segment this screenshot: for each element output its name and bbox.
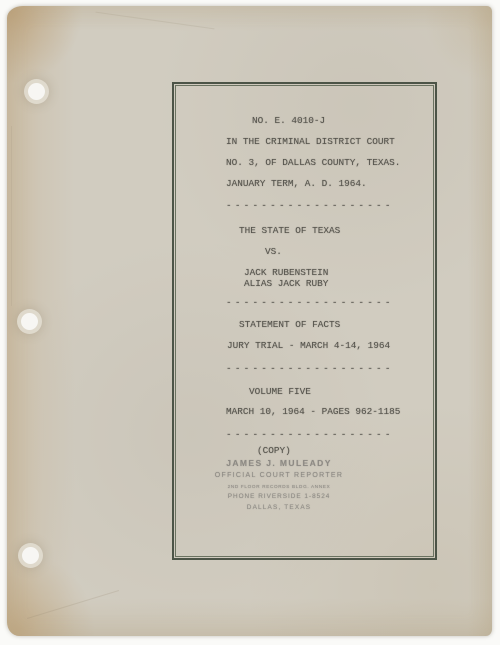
term-line: JANUARY TERM, A. D. 1964. (226, 178, 408, 189)
paper-crease (96, 12, 215, 30)
document-title: STATEMENT OF FACTS (226, 319, 421, 330)
title-page-rule-box: NO. E. 4010-J IN THE CRIMINAL DISTRICT C… (172, 82, 437, 560)
versus-label: VS. (226, 246, 447, 257)
punch-hole-bottom (22, 547, 39, 564)
dashed-divider: ------------------- (226, 200, 408, 211)
reporter-city: DALLAS, TEXAS (178, 504, 380, 511)
court-county-line: NO. 3, OF DALLAS COUNTY, TEXAS. (226, 157, 408, 168)
reporter-address: 2ND FLOOR RECORDS BLDG. ANNEX (178, 484, 380, 489)
copy-label: (COPY) (226, 445, 439, 456)
reporter-name: JAMES J. MULEADY (178, 458, 380, 468)
reporter-title: OFFICIAL COURT REPORTER (178, 472, 380, 479)
reporter-phone: PHONE RIVERSIDE 1-8524 (178, 493, 380, 500)
defendant-name: JACK RUBENSTEIN (226, 267, 426, 278)
court-reporter-stamp: JAMES J. MULEADY OFFICIAL COURT REPORTER… (178, 458, 380, 511)
court-name-line: IN THE CRIMINAL DISTRICT COURT (226, 136, 408, 147)
dashed-divider: ------------------- (226, 363, 408, 374)
scanned-paper-sheet: NO. E. 4010-J IN THE CRIMINAL DISTRICT C… (7, 6, 492, 636)
case-number: NO. E. 4010-J (226, 115, 434, 126)
defendant-alias: ALIAS JACK RUBY (226, 278, 426, 289)
punch-hole-middle (21, 313, 38, 330)
plaintiff-name: THE STATE OF TEXAS (226, 225, 421, 236)
volume-label: VOLUME FIVE (226, 386, 431, 397)
paper-crease (11, 126, 12, 306)
dashed-divider: ------------------- (226, 297, 408, 308)
punch-hole-top (28, 83, 45, 100)
paper-crease (27, 590, 119, 619)
dashed-divider: ------------------- (226, 429, 408, 440)
trial-dates-line: JURY TRIAL - MARCH 4-14, 1964 (226, 340, 409, 351)
pages-range-line: MARCH 10, 1964 - PAGES 962-1185 (226, 406, 408, 417)
